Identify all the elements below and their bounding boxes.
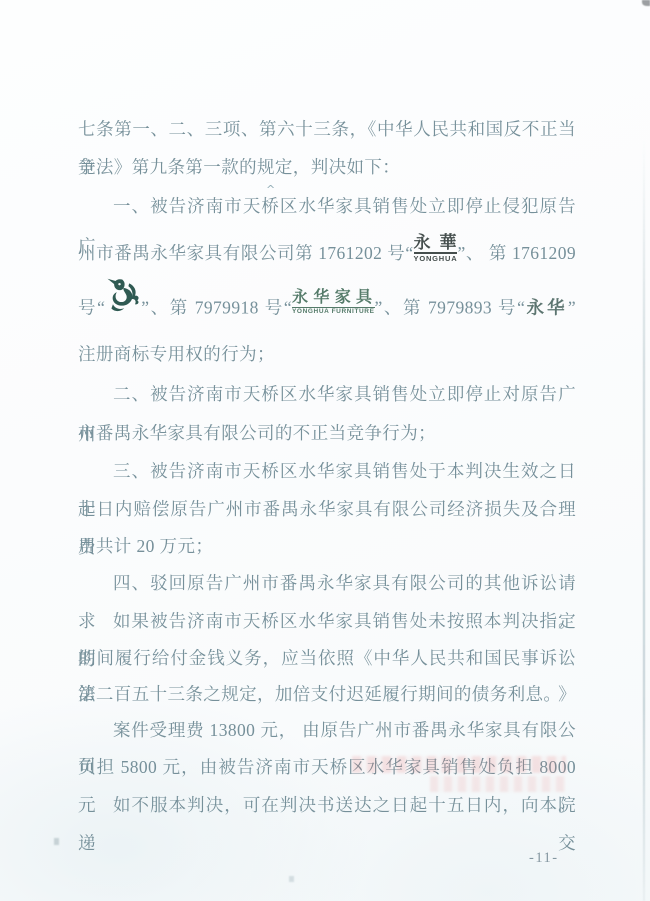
line-text: 、第 7979893 号	[383, 298, 517, 318]
quote-open: “	[97, 298, 105, 318]
quote-close: ”	[568, 298, 576, 318]
judgment-line-item-3: 三、被告济南市天桥区水华家具销售处于本判决生效之日起	[78, 452, 576, 490]
judgment-line-fees: 负担 5800 元，由被告济南市天桥区水华家具销售处负担 8000 元。	[78, 748, 576, 786]
line-text: 第二百五十三条之规定，加倍支付迟延履行期间的债务利息。	[78, 684, 561, 704]
quote-close: ”	[457, 243, 465, 263]
judgment-line-appeal: 如不服本判决，可在判决书送达之日起十五日内，向本院递交	[78, 786, 576, 824]
judgment-line: 如果被告济南市天桥区水华家具销售处未按照本判决指定的	[78, 602, 576, 640]
line-text: 市番禺永华家具有限公司的不正当竞争行为；	[78, 423, 436, 443]
judgment-line: 期间履行给付金钱义务，应当依照《中华人民共和国民事诉讼法》	[78, 640, 576, 676]
judgment-line-item-2: 二、被告济南市天桥区水华家具销售处立即停止对原告广州	[78, 374, 576, 414]
scan-edge-shadow	[643, 140, 645, 901]
scan-corner-speck	[642, 0, 650, 6]
trademark-en-text: YONGHUA	[414, 255, 458, 263]
trademark-yonghua-logo: 永華YONGHUA	[414, 234, 458, 263]
judgment-line-trademarks-2: 号“”、第 7979918 号“永华家具YONGHUA FURNITURE”、第…	[78, 280, 576, 334]
scan-speck	[54, 838, 59, 845]
judgment-line: 市番禺永华家具有限公司的不正当竞争行为；	[78, 414, 576, 452]
line-text: 、 第 1761209	[466, 243, 576, 263]
line-text: 用共计 20 万元；	[78, 536, 213, 556]
judgment-line-trademarks-1: 州市番禺永华家具有限公司第 1761202 号“永華YONGHUA”、 第 17…	[78, 226, 576, 280]
judgment-line: 十日内赔偿原告广州市番禺永华家具有限公司经济损失及合理费	[78, 490, 576, 528]
judgment-line: 注册商标专用权的行为；	[78, 334, 576, 374]
judgment-line: 七条第一、二、三项、第六十三条，《中华人民共和国反不正当竞	[78, 110, 576, 148]
trademark-cn-text: 永华家具	[292, 290, 375, 308]
page-number: -11-	[529, 850, 559, 867]
line-text: 号	[78, 298, 97, 318]
judgment-text-block: 七条第一、二、三项、第六十三条，《中华人民共和国反不正当竞 争法》第九条第一款的…	[78, 110, 576, 824]
line-text: 如不服本判决，可在判决书送达之日起十五日内，向本院递交	[78, 795, 576, 853]
handwritten-insert-caret: ^	[266, 183, 275, 196]
document-page: 七条第一、二、三项、第六十三条，《中华人民共和国反不正当竞 争法》第九条第一款的…	[0, 0, 650, 901]
trademark-yonghua-text: 永华	[525, 298, 568, 318]
trademark-cn-text: 永華	[414, 234, 458, 254]
quote-open: “	[284, 298, 292, 318]
judgment-line: 争法》第九条第一款的规定，判决如下：	[78, 148, 576, 186]
trademark-yonghua-furniture-logo: 永华家具YONGHUA FURNITURE	[292, 290, 375, 316]
phoenix-bird-trademark-icon	[106, 276, 140, 335]
quote-close: ”	[375, 298, 383, 318]
trademark-en-text: YONGHUA FURNITURE	[292, 309, 375, 316]
judgment-line-item-1: 一、被告济南市天桥区水华家具销售处立即停止侵犯原告广	[78, 186, 576, 226]
scan-speck	[289, 876, 294, 882]
judgment-line-fees: 案件受理费 13800 元， 由原告广州市番禺永华家具有限公司	[78, 712, 576, 748]
line-text: 注册商标专用权的行为；	[78, 344, 275, 364]
judgment-line: 用共计 20 万元；	[78, 528, 576, 564]
line-text: 、第 7979918 号	[149, 298, 283, 318]
quote-open: “	[405, 243, 413, 263]
judgment-line: 第二百五十三条之规定，加倍支付迟延履行期间的债务利息。	[78, 676, 576, 712]
line-text: 州市番禺永华家具有限公司第 1761202 号	[78, 243, 405, 263]
line-text: 争法》第九条第一款的规定，判决如下：	[78, 157, 400, 177]
judgment-line-item-4: 四、驳回原告广州市番禺永华家具有限公司的其他诉讼请求。	[78, 564, 576, 602]
